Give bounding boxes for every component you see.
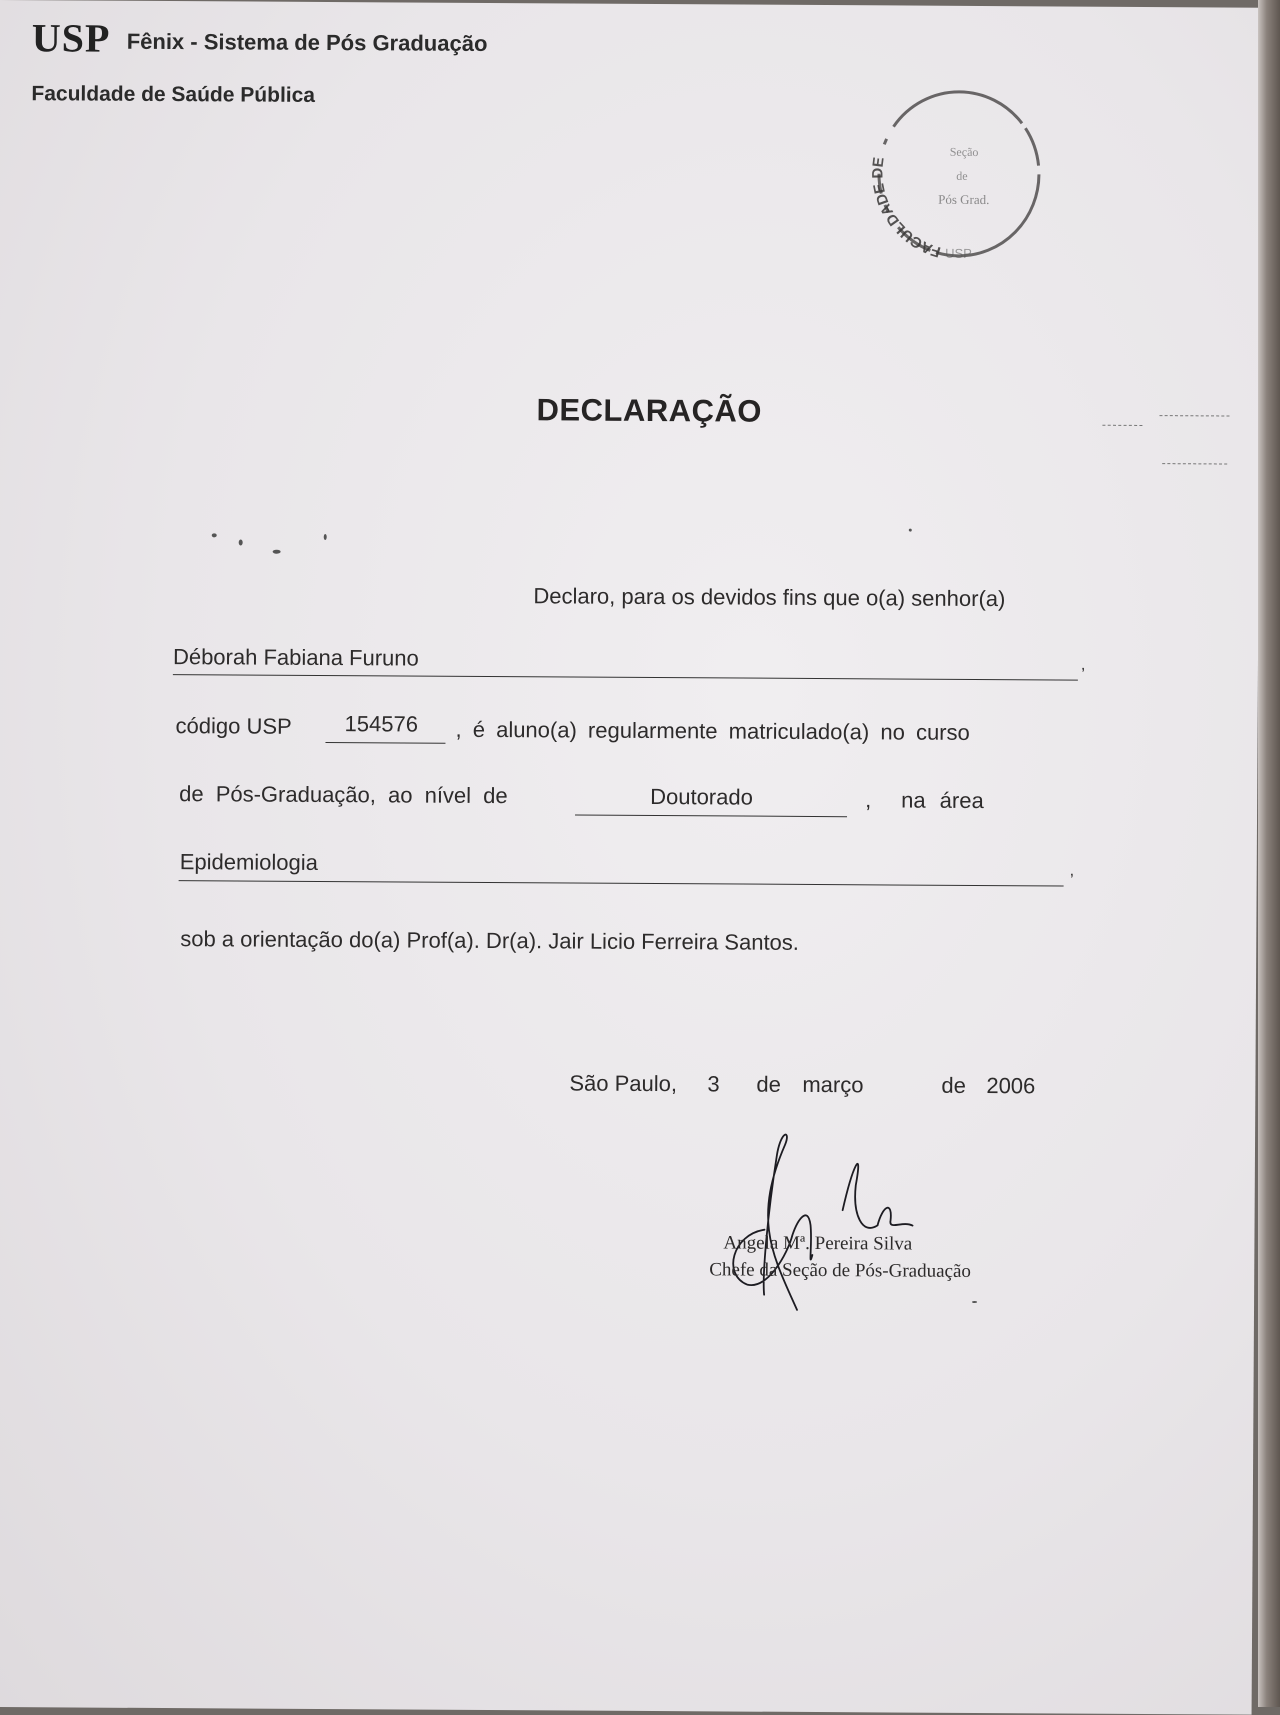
svg-text:Pós Grad.: Pós Grad. [938,192,989,207]
advisor-text: sob a orientação do(a) Prof(a). Dr(a). J… [180,926,799,956]
date-day: 3 [707,1071,719,1097]
date-year: 2006 [986,1073,1035,1099]
enrolled-text: , é aluno(a) regularmente matriculado(a)… [455,717,969,746]
signatory-role: Chefe da Seção de Pós-Graduação [709,1259,971,1283]
level-prefix: de Pós-Graduação, ao nível de [179,781,508,809]
level-underline [575,815,847,818]
level-value: Doutorado [650,784,753,811]
paper-edge-background [1258,0,1280,1707]
name-underline [173,674,1078,681]
stamp-ring-text: FACULDADE DE [869,156,943,260]
svg-text:de: de [956,169,967,183]
system-name: Fênix - Sistema de Pós Graduação [127,29,488,57]
document-page: USP Fênix - Sistema de Pós Graduação Fac… [0,0,1262,1707]
svg-text:Seção: Seção [950,145,979,159]
date-city: São Paulo, [569,1070,677,1097]
usp-logo: USP [32,14,111,61]
code-underline [325,742,445,744]
document-title: DECLARAÇÃO [536,392,762,429]
faculty-name: Faculdade de Saúde Pública [31,82,315,108]
area-suffix: na área [901,788,984,815]
signatory-name: Angela Mª. Pereira Silva [723,1232,912,1255]
area-underline [179,880,1064,886]
svg-text:FACULDADE DE: FACULDADE DE [869,156,943,260]
student-name: Déborah Fabiana Furuno [173,644,419,672]
intro-text: Declaro, para os devidos fins que o(a) s… [533,583,1005,612]
svg-text:USP: USP [945,246,972,261]
date-month: março [802,1072,863,1098]
area-value: Epidemiologia [180,849,318,876]
code-label: código USP [175,713,291,740]
signature-scribble-icon [692,1124,923,1325]
official-stamp-icon: FACULDADE DE Seção de Pós Grad. USP [863,75,1044,271]
usp-code: 154576 [345,711,419,737]
